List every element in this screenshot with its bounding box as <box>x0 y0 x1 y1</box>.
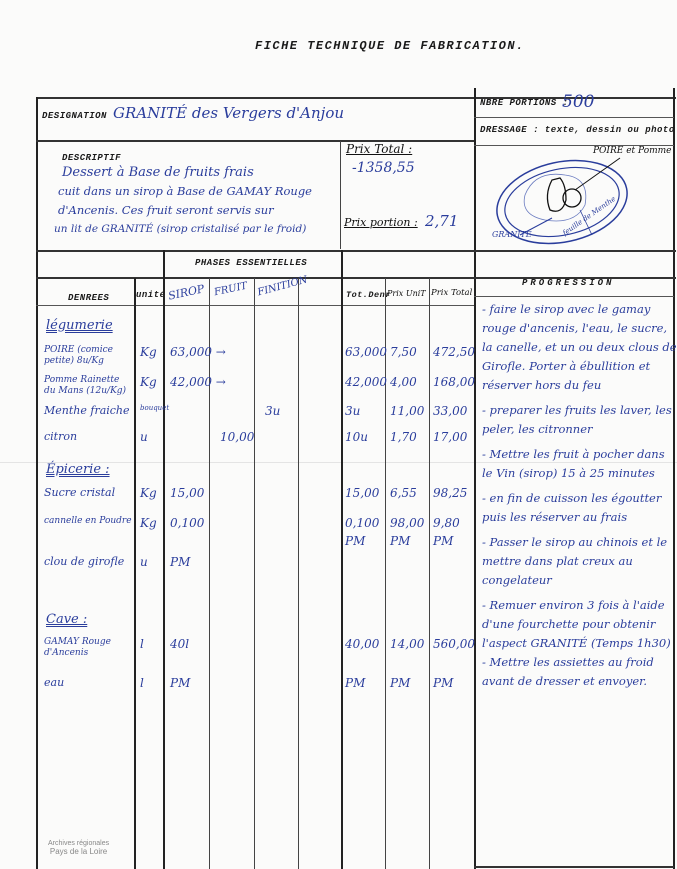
descriptif-line: d'Ancenis. Ces fruit seront servis sur <box>58 201 312 220</box>
cell-pu: 98,00 <box>390 516 424 530</box>
section-header: légumerie <box>46 318 113 333</box>
col-unite: unité <box>136 290 166 300</box>
cell-denree: Sucre cristal <box>44 486 115 499</box>
cell-pt: 9,80 <box>433 516 460 530</box>
cell-unite: l <box>140 637 144 651</box>
descriptif-line: un lit de GRANITÉ (sirop cristalisé par … <box>54 220 312 239</box>
cell-denree: citron <box>44 430 77 443</box>
stamp-line-2: Pays de la Loire <box>48 847 109 856</box>
descriptif-label: DESCRIPTIF <box>62 153 121 163</box>
cell-pu: 6,55 <box>390 486 417 500</box>
descriptif-line: Dessert à Base de fruits frais <box>58 163 312 182</box>
cell-unite: Kg <box>140 375 157 389</box>
cell-pu: PM <box>390 676 410 690</box>
cell-pt: 98,25 <box>433 486 467 500</box>
col-sirop: SIROP <box>167 282 205 302</box>
cell-pt: 472,50 <box>433 345 475 359</box>
cell-fruit: 10,00 <box>220 430 254 444</box>
col-rule-pt <box>429 278 430 869</box>
designation-value: GRANITÉ des Vergers d'Anjou <box>113 104 344 122</box>
cell-denree: POIRE (comice petite) 8u/Kg <box>44 345 132 367</box>
progression-header: PROGRESSION <box>522 278 614 288</box>
cell-denree: clou de girofle <box>44 555 124 568</box>
col-prix-unit: Prix UniT <box>387 289 426 298</box>
col-rule-tot <box>341 250 343 869</box>
descriptif-line: cuit dans un sirop à Base de GAMAY Rouge <box>58 182 312 201</box>
prix-total-value: -1358,55 <box>352 160 415 176</box>
prix-total-label: Prix Total : <box>346 142 412 156</box>
cell-pu: 11,00 <box>390 404 424 418</box>
cell-tot: 0,100 <box>345 516 379 530</box>
col-rule-pu <box>385 278 386 869</box>
cell-tot: 40,00 <box>345 637 379 651</box>
designation-label: DESIGNATION <box>42 111 107 121</box>
progression-step: - Mettre les assiettes au froid avant de… <box>482 653 677 691</box>
cell-unite: Kg <box>140 516 157 530</box>
col-rule-finition <box>254 278 255 869</box>
cell-denree: Menthe fraiche <box>44 404 130 417</box>
sketch-label-granite: GRANITÉ <box>492 230 532 239</box>
prix-portion-label: Prix portion : <box>344 216 418 229</box>
cell-pt: PM <box>433 676 453 690</box>
cell-pu: 7,50 <box>390 345 417 359</box>
cell-pt: 17,00 <box>433 430 467 444</box>
cell-pu: 4,00 <box>390 375 417 389</box>
progression-bottom-rule <box>474 866 674 868</box>
col-rule-extra <box>298 278 299 869</box>
cell-pu: 1,70 <box>390 430 417 444</box>
cell-sirop: PM <box>170 555 190 569</box>
cell-sirop: 40l <box>170 637 189 651</box>
cell-sirop: 0,100 <box>170 516 204 530</box>
col-rule-fruit <box>209 278 210 869</box>
cell-unite: bouquet <box>140 404 169 412</box>
progression-step: - Mettre les fruit à pocher dans le Vin … <box>482 445 677 483</box>
header-bottom-rule <box>36 305 474 306</box>
phases-header: PHASES ESSENTIELLES <box>195 258 307 268</box>
cell-unite: Kg <box>140 486 157 500</box>
frame-left-rule <box>36 97 38 869</box>
cell-tot: 42,000 <box>345 375 387 389</box>
cell-tot: 3u <box>345 404 360 418</box>
progression-step: - en fin de cuisson les égoutter puis le… <box>482 489 677 527</box>
cell-unite: Kg <box>140 345 157 359</box>
descriptif-text: Dessert à Base de fruits frais cuit dans… <box>58 163 312 239</box>
cell-pt: 168,00 <box>433 375 475 389</box>
progression-step: - preparer les fruits les laver, les pel… <box>482 401 677 439</box>
cell-denree: cannelle en Poudre <box>44 516 132 527</box>
progression-header-rule <box>474 296 674 297</box>
col-rule-sirop <box>163 250 165 869</box>
cell-tot: 15,00 <box>345 486 379 500</box>
col-denrees: DENREES <box>68 293 109 303</box>
frame-middle-rule <box>474 88 476 869</box>
col-rule-unite <box>134 278 136 869</box>
section-header: Cave : <box>46 612 87 627</box>
cell-tot: PM <box>345 534 365 548</box>
portions-bottom-rule <box>474 117 674 118</box>
progression-step: - Remuer environ 3 fois à l'aide d'une f… <box>482 596 677 653</box>
cell-denree: GAMAY Rouge d'Ancenis <box>44 637 132 659</box>
sketch-label-fruits: POIRE et Pomme <box>593 146 672 156</box>
cell-sirop: 15,00 <box>170 486 204 500</box>
portions-value: 500 <box>562 92 594 112</box>
prix-portion-value: 2,71 <box>425 212 458 230</box>
stamp-line-1: Archives régionales <box>48 840 109 847</box>
descriptif-price-divider <box>340 141 341 249</box>
progression-step: - faire le sirop avec le gamay rouge d'a… <box>482 300 677 395</box>
col-fruit: FRUIT <box>213 281 248 299</box>
progression-step: - Passer le sirop au chinois et le mettr… <box>482 533 677 590</box>
portions-label: NBRE PORTIONS : <box>480 98 569 108</box>
cell-tot: 10u <box>345 430 368 444</box>
cell-unite: u <box>140 555 148 569</box>
cell-pt: 33,00 <box>433 404 467 418</box>
col-prix-total: Prix Total <box>431 288 472 298</box>
cell-sirop: 42,000 → <box>170 375 226 389</box>
dressage-label: DRESSAGE : texte, dessin ou photo . <box>480 125 677 135</box>
cell-pu: 14,00 <box>390 637 424 651</box>
cell-unite: u <box>140 430 148 444</box>
cell-tot: PM <box>345 676 365 690</box>
progression-steps: - faire le sirop avec le gamay rouge d'a… <box>482 300 677 691</box>
archive-stamp: Archives régionales Pays de la Loire <box>48 840 109 856</box>
cell-tot: 63,000 <box>345 345 387 359</box>
cell-sirop: 63,000 → <box>170 345 226 359</box>
cell-sirop: PM <box>170 676 190 690</box>
cell-pu: PM <box>390 534 410 548</box>
cell-denree: eau <box>44 676 64 689</box>
cell-denree: Pomme Rainette du Mans (12u/Kg) <box>44 375 132 397</box>
page-title: FICHE TECHNIQUE DE FABRICATION. <box>255 39 525 53</box>
cell-pt: 560,00 <box>433 637 475 651</box>
cell-pt: PM <box>433 534 453 548</box>
cell-unite: l <box>140 676 144 690</box>
cell-finition: 3u <box>265 404 280 418</box>
section-header: Épicerie : <box>46 462 110 477</box>
descriptif-bottom-rule <box>36 250 676 252</box>
